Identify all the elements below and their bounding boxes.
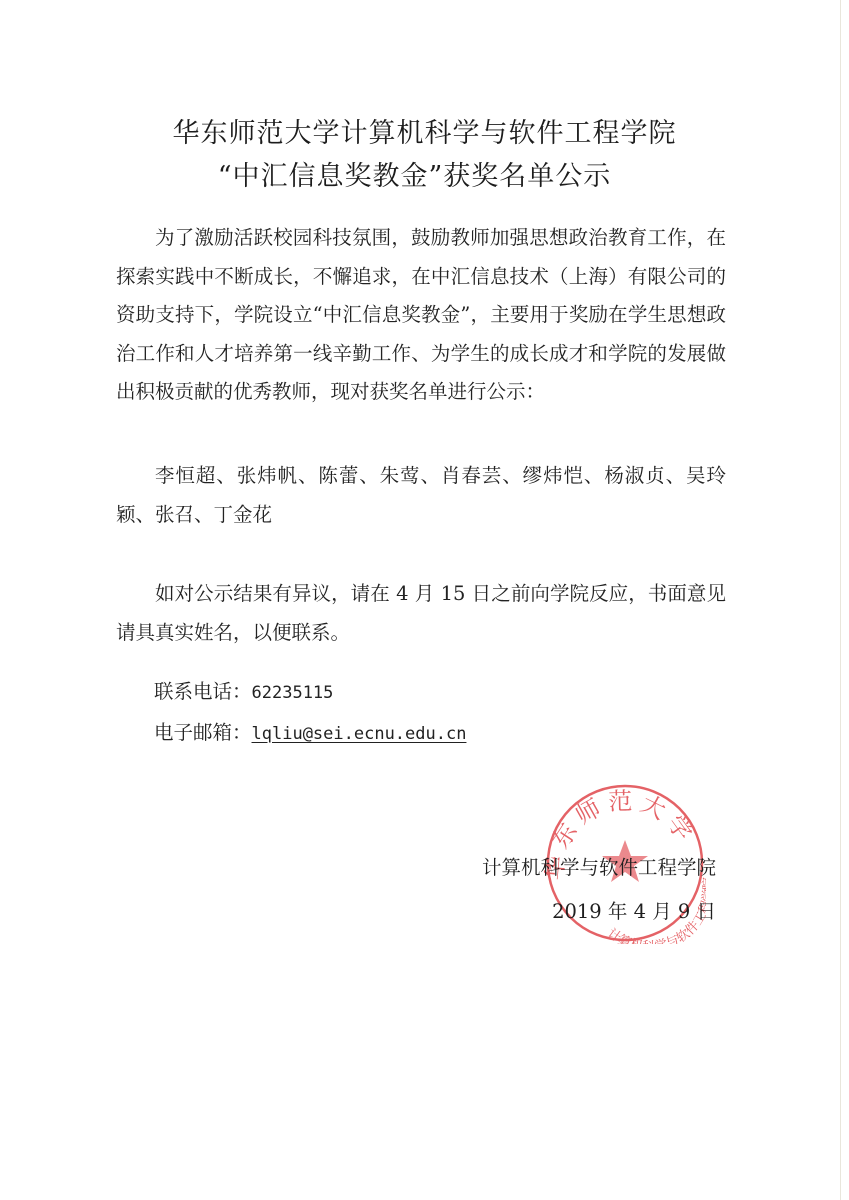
document-title-line-2: “中汇信息奖教金”获奖名单公示 xyxy=(0,154,839,193)
email-link[interactable]: lqliu@sei.ecnu.edu.cn xyxy=(252,724,467,744)
awardees-list: 李恒超、张炜帆、陈蕾、朱莺、肖春芸、缪炜恺、杨淑贞、吴玲颖、张召、丁金花 xyxy=(116,457,726,534)
contact-email: 电子邮箱：lqliu@sei.ecnu.edu.cn xyxy=(154,717,466,745)
contact-phone: 联系电话：62235115 xyxy=(154,676,333,704)
phone-value: 62235115 xyxy=(252,683,334,703)
intro-paragraph: 为了激励活跃校园科技氛围，鼓励教师加强思想政治教育工作，在探索实践中不断成长，不… xyxy=(116,219,726,412)
signature-date: 2019 年 4 月 9 日 xyxy=(552,896,716,924)
document-title-line-1: 华东师范大学计算机科学与软件工程学院 xyxy=(0,111,849,150)
scan-edge-line xyxy=(840,0,841,1200)
phone-label: 联系电话： xyxy=(154,680,252,703)
objection-paragraph: 如对公示结果有异议，请在 4 月 15 日之前向学院反应，书面意见请具真实姓名，… xyxy=(116,575,726,652)
signature-organization: 计算机科学与软件工程学院 xyxy=(482,852,716,880)
document-page: 华东师范大学计算机科学与软件工程学院 “中汇信息奖教金”获奖名单公示 为了激励活… xyxy=(0,0,849,1200)
email-label: 电子邮箱： xyxy=(154,721,252,744)
